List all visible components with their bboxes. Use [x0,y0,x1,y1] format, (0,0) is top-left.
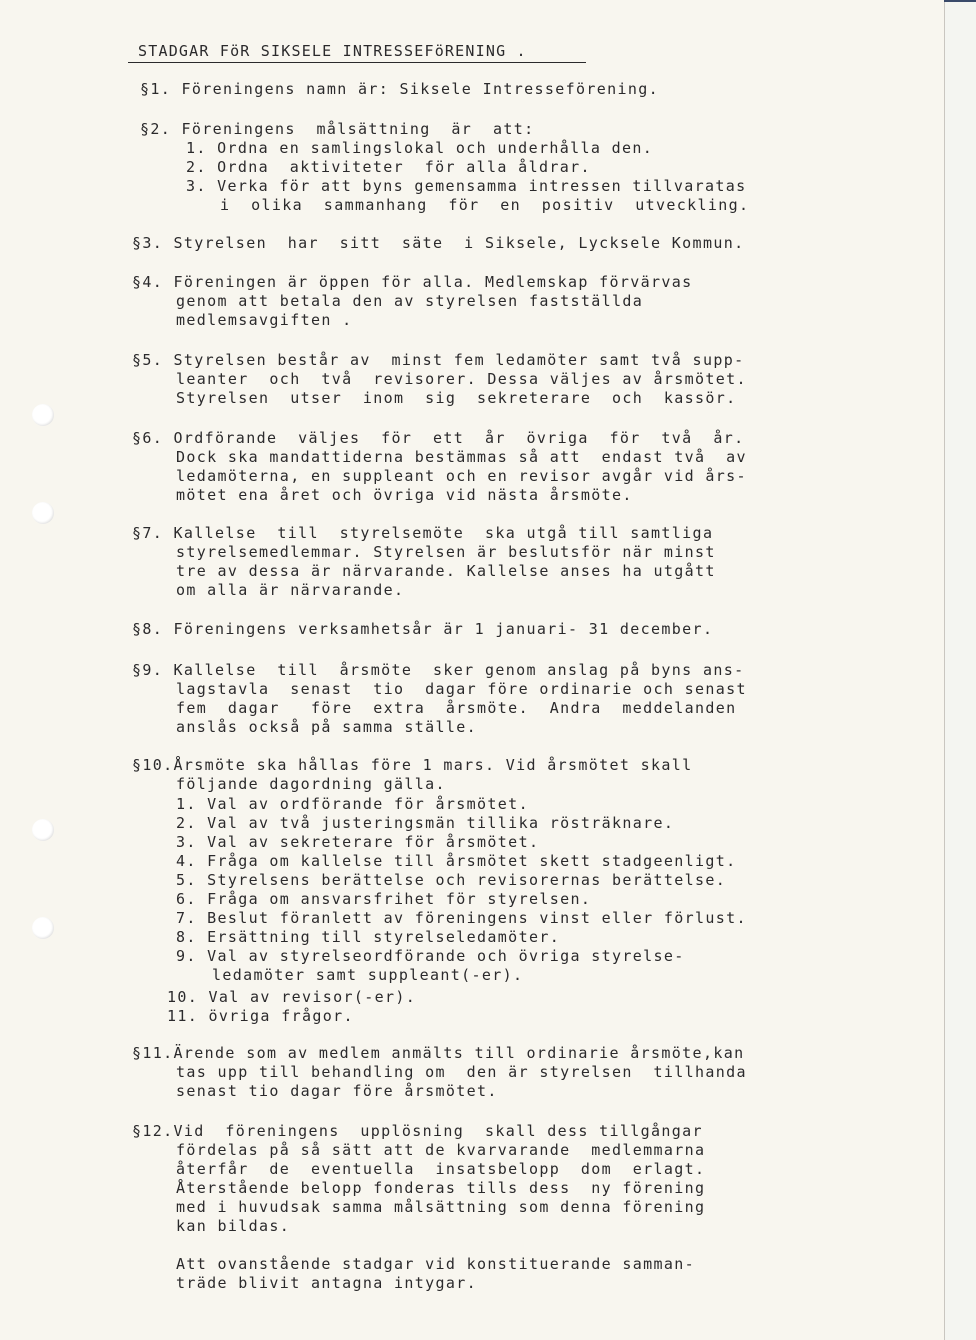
document-title: STADGAR FöR SIKSELE INTRESSEFöRENING . [128,42,586,63]
text-line: styrelsemedlemmar. Styrelsen är beslutsf… [176,543,716,562]
text-line: Att ovanstående stadgar vid konstitueran… [176,1255,695,1274]
text-line: leanter och två revisorer. Dessa väljes … [176,370,747,389]
text-line: i olika sammanhang för en positiv utveck… [220,196,749,215]
text-line: kan bildas. [176,1217,290,1236]
text-line: §9. Kallelse till årsmöte sker genom ans… [132,661,744,680]
text-line: 3. Val av sekreterare för årsmötet. [176,833,539,852]
text-line: träde blivit antagna intygar. [176,1274,477,1293]
text-line: tas upp till behandling om den är styrel… [176,1063,747,1082]
text-line: Återstående belopp fonderas tills dess n… [176,1179,705,1198]
text-line: om alla är närvarande. [176,581,404,600]
text-line: 7. Beslut föranlett av föreningens vinst… [176,909,747,928]
text-line: 9. Val av styrelseordförande och övriga … [176,947,685,966]
text-line: mötet ena året och övriga vid nästa årsm… [176,486,633,505]
text-line: §4. Föreningen är öppen för alla. Medlem… [132,273,693,292]
text-line: 1. Ordna en samlingslokal och underhålla… [186,139,653,158]
text-line: lagstavla senast tio dagar före ordinari… [176,680,747,699]
text-line: §1. Föreningens namn är: Siksele Intress… [140,80,659,99]
text-line: §3. Styrelsen har sitt säte i Siksele, L… [132,234,744,253]
text-line: Styrelsen utser inom sig sekreterare och… [176,389,737,408]
text-line: §6. Ordförande väljes för ett år övriga … [132,429,744,448]
text-line: tre av dessa är närvarande. Kallelse ans… [176,562,716,581]
text-line: §2. Föreningens målsättning är att: [140,120,534,139]
punch-hole-icon [32,917,54,939]
text-line: ledamöter samt suppleant(-er). [212,966,523,985]
scan-edge [944,0,976,2]
text-line: ledamöterna, en suppleant och en revisor… [176,467,747,486]
text-line: §10.Årsmöte ska hållas före 1 mars. Vid … [132,756,693,775]
punch-hole-icon [32,502,54,524]
text-line: 11. övriga frågor. [167,1007,354,1026]
text-line: 2. Ordna aktiviteter för alla åldrar. [186,158,591,177]
text-line: §12.Vid föreningens upplösning skall des… [132,1122,703,1141]
text-line: återfår de eventuella insatsbelopp dom e… [176,1160,705,1179]
text-line: 6. Fråga om ansvarsfrihet för styrelsen. [176,890,591,909]
text-line: §11.Ärende som av medlem anmälts till or… [132,1044,744,1063]
text-line: 4. Fråga om kallelse till årsmötet skett… [176,852,737,871]
punch-hole-icon [32,404,54,426]
text-line: 5. Styrelsens berättelse och revisorerna… [176,871,726,890]
punch-hole-icon [32,819,54,841]
text-line: anslås också på samma ställe. [176,718,477,737]
text-line: 1. Val av ordförande för årsmötet. [176,795,529,814]
text-line: följande dagordning gälla. [176,775,446,794]
text-line: 2. Val av två justeringsmän tillika röst… [176,814,674,833]
text-line: §8. Föreningens verksamhetsår är 1 janua… [132,620,713,639]
text-line: fem dagar före extra årsmöte. Andra medd… [176,699,737,718]
text-line: §7. Kallelse till styrelsemöte ska utgå … [132,524,713,543]
page-edge [944,0,976,1340]
text-line: Dock ska mandattiderna bestämmas så att … [176,448,747,467]
text-line: senast tio dagar före årsmötet. [176,1082,498,1101]
text-line: fördelas på så sätt att de kvarvarande m… [176,1141,705,1160]
text-line: med i huvudsak samma målsättning som den… [176,1198,705,1217]
text-line: genom att betala den av styrelsen fastst… [176,292,643,311]
text-line: medlemsavgiften . [176,311,352,330]
text-line: 10. Val av revisor(-er). [167,988,416,1007]
text-line: 8. Ersättning till styrelseledamöter. [176,928,560,947]
text-line: §5. Styrelsen består av minst fem ledamö… [132,351,744,370]
text-line: 3. Verka för att byns gemensamma intress… [186,177,747,196]
